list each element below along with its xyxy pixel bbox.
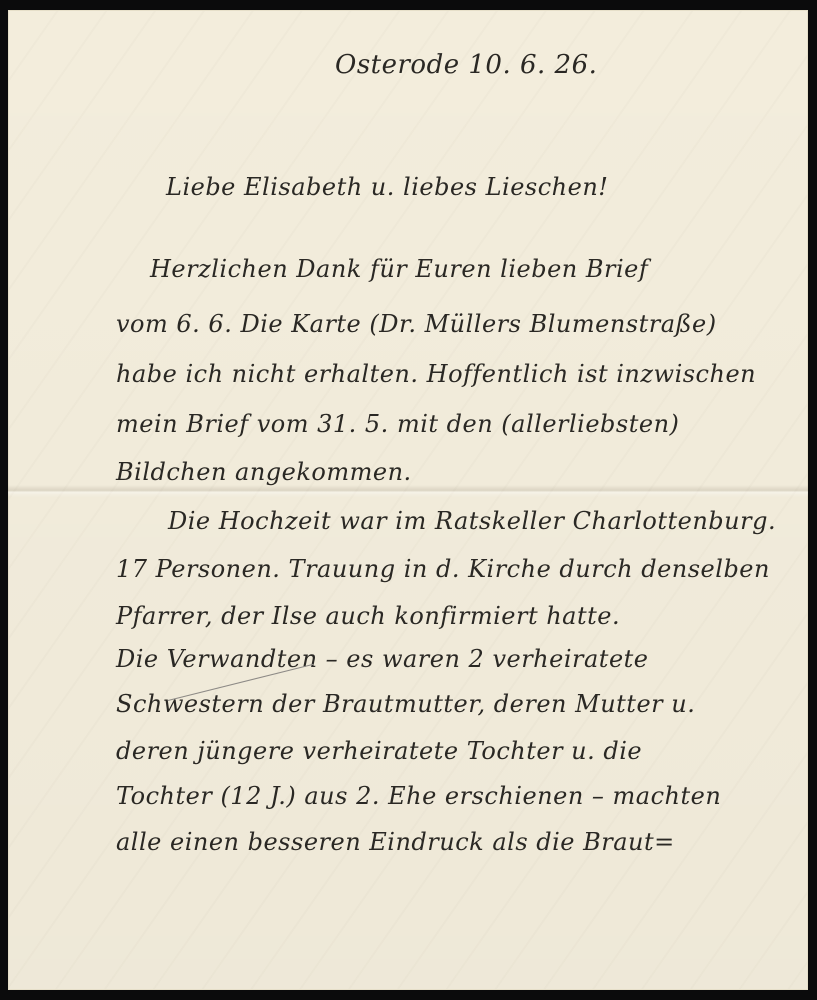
letter-line-10: Schwestern der Brautmutter, deren Mutter… bbox=[116, 690, 695, 718]
letter-line-7: 17 Personen. Trauung in d. Kirche durch … bbox=[116, 555, 770, 583]
letter-salutation: Liebe Elisabeth u. liebes Lieschen! bbox=[166, 173, 608, 201]
letter-line-1: Herzlichen Dank für Euren lieben Brief bbox=[150, 255, 648, 283]
letter-line-8: Pfarrer, der Ilse auch konfirmiert hatte… bbox=[116, 602, 620, 630]
letter-line-5: Bildchen angekommen. bbox=[116, 458, 412, 486]
letter-line-13: alle einen besseren Eindruck als die Bra… bbox=[116, 828, 675, 856]
letter-line-12: Tochter (12 J.) aus 2. Ehe erschienen – … bbox=[116, 782, 721, 810]
letter-line-3: habe ich nicht erhalten. Hoffentlich ist… bbox=[116, 360, 756, 388]
letter-line-11: deren jüngere verheiratete Tochter u. di… bbox=[116, 737, 642, 765]
letter-place-date: Osterode 10. 6. 26. bbox=[335, 50, 597, 80]
letter-line-2: vom 6. 6. Die Karte (Dr. Müllers Blumens… bbox=[116, 310, 717, 338]
letter-line-9: Die Verwandten – es waren 2 verheiratete bbox=[116, 645, 649, 673]
paper-fold-crease bbox=[8, 485, 808, 497]
letter-line-6: Die Hochzeit war im Ratskeller Charlotte… bbox=[168, 507, 776, 535]
letter-line-4: mein Brief vom 31. 5. mit den (allerlieb… bbox=[116, 410, 679, 438]
letter-page: Osterode 10. 6. 26. Liebe Elisabeth u. l… bbox=[8, 10, 808, 990]
